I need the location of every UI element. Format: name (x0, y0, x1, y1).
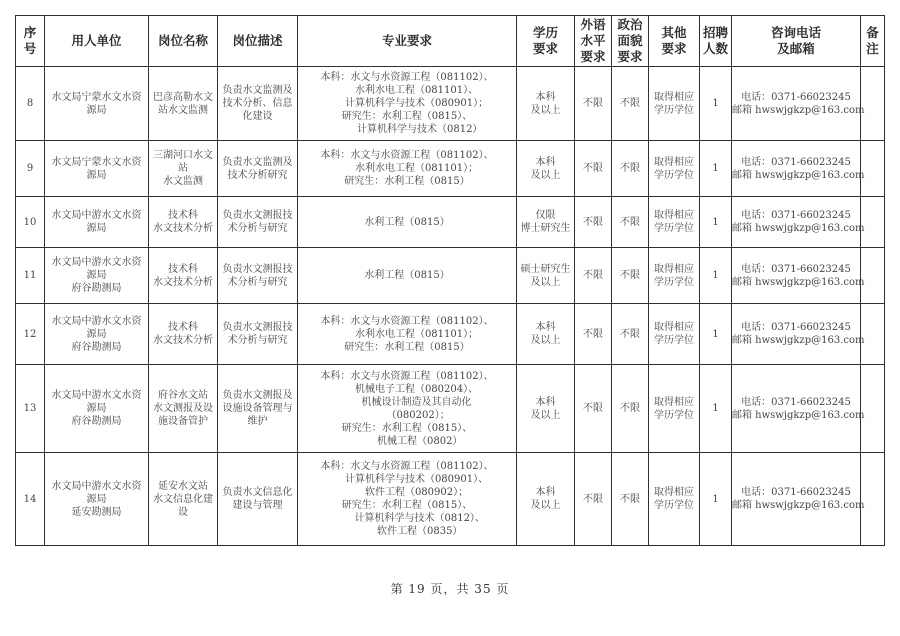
cell-post-name: 巴彦高勒水文 站水文监测 (149, 67, 218, 141)
cell-headcount: 1 (700, 248, 732, 304)
cell-unit: 水文局中游水文水资 源局 府谷勘测局 (45, 304, 149, 365)
header-major: 专业要求 (298, 16, 517, 67)
cell-post-name: 三湖河口水文 站 水文监测 (149, 141, 218, 197)
cell-unit: 水文局中游水文水资 源局 府谷勘测局 (45, 365, 149, 453)
cell-foreign-lang: 不限 (575, 248, 612, 304)
header-foreign-lang: 外语 水平 要求 (575, 16, 612, 67)
header-unit: 用人单位 (45, 16, 149, 67)
cell-education: 本科 及以上 (517, 365, 575, 453)
cell-post-desc: 负责水文信息化 建设与管理 (218, 453, 298, 546)
cell-contact: 电话：0371-66023245 邮箱 hwswjgkzp@163.com (732, 365, 861, 453)
cell-post-name: 技术科 水文技术分析 (149, 304, 218, 365)
header-education: 学历 要求 (517, 16, 575, 67)
page-number: 第 19 页，共 35 页 (0, 580, 900, 597)
cell-remark (861, 197, 885, 248)
cell-political: 不限 (612, 141, 649, 197)
cell-unit: 水文局中游水文水资 源局 府谷勘测局 (45, 248, 149, 304)
header-political: 政治 面貌 要求 (612, 16, 649, 67)
cell-foreign-lang: 不限 (575, 304, 612, 365)
cell-foreign-lang: 不限 (575, 453, 612, 546)
cell-foreign-lang: 不限 (575, 197, 612, 248)
cell-post-desc: 负责水文测报技 术分析与研究 (218, 304, 298, 365)
cell-education: 仅限 博士研究生 (517, 197, 575, 248)
cell-index: 10 (16, 197, 45, 248)
cell-contact: 电话：0371-66023245 邮箱 hwswjgkzp@163.com (732, 304, 861, 365)
cell-post-desc: 负责水文测报技 术分析与研究 (218, 248, 298, 304)
table-row: 10 水文局中游水文水资 源局 技术科 水文技术分析 负责水文测报技 术分析与研… (16, 197, 885, 248)
cell-headcount: 1 (700, 365, 732, 453)
table-row: 13 水文局中游水文水资 源局 府谷勘测局 府谷水文站 水文测报及设 施设备管护… (16, 365, 885, 453)
header-contact: 咨询电话 及邮箱 (732, 16, 861, 67)
cell-political: 不限 (612, 248, 649, 304)
cell-post-name: 延安水文站 水文信息化建 设 (149, 453, 218, 546)
cell-other: 取得相应 学历学位 (649, 453, 700, 546)
table-row: 12 水文局中游水文水资 源局 府谷勘测局 技术科 水文技术分析 负责水文测报技… (16, 304, 885, 365)
table-row: 8 水文局宁蒙水文水资 源局 巴彦高勒水文 站水文监测 负责水文监测及 技术分析… (16, 67, 885, 141)
cell-major: 本科：水文与水资源工程（081102）、 计算机科学与技术（080901）、 软… (298, 453, 517, 546)
cell-major: 水利工程（0815） (298, 197, 517, 248)
cell-other: 取得相应 学历学位 (649, 248, 700, 304)
cell-headcount: 1 (700, 141, 732, 197)
cell-major: 本科：水文与水资源工程（081102）、 机械电子工程（080204）、 机械设… (298, 365, 517, 453)
cell-index: 13 (16, 365, 45, 453)
cell-unit: 水文局宁蒙水文水资 源局 (45, 67, 149, 141)
cell-major: 本科：水文与水资源工程（081102）、 水利水电工程（081101）； 研究生… (298, 304, 517, 365)
cell-remark (861, 304, 885, 365)
cell-contact: 电话：0371-66023245 邮箱 hwswjgkzp@163.com (732, 453, 861, 546)
cell-index: 8 (16, 67, 45, 141)
cell-remark (861, 365, 885, 453)
cell-post-desc: 负责水文测报技 术分析与研究 (218, 197, 298, 248)
cell-unit: 水文局中游水文水资 源局 延安勘测局 (45, 453, 149, 546)
cell-foreign-lang: 不限 (575, 67, 612, 141)
cell-remark (861, 67, 885, 141)
cell-remark (861, 453, 885, 546)
cell-political: 不限 (612, 304, 649, 365)
cell-remark (861, 248, 885, 304)
cell-unit: 水文局宁蒙水文水资 源局 (45, 141, 149, 197)
cell-remark (861, 141, 885, 197)
cell-index: 11 (16, 248, 45, 304)
header-headcount: 招聘 人数 (700, 16, 732, 67)
cell-other: 取得相应 学历学位 (649, 304, 700, 365)
header-post-name: 岗位名称 (149, 16, 218, 67)
table-row: 11 水文局中游水文水资 源局 府谷勘测局 技术科 水文技术分析 负责水文测报技… (16, 248, 885, 304)
table-row: 9 水文局宁蒙水文水资 源局 三湖河口水文 站 水文监测 负责水文监测及 技术分… (16, 141, 885, 197)
cell-major: 本科：水文与水资源工程（081102）、 水利水电工程（081101）、 计算机… (298, 67, 517, 141)
cell-political: 不限 (612, 365, 649, 453)
cell-political: 不限 (612, 453, 649, 546)
cell-contact: 电话：0371-66023245 邮箱 hwswjgkzp@163.com (732, 67, 861, 141)
cell-education: 硕士研究生 及以上 (517, 248, 575, 304)
cell-index: 9 (16, 141, 45, 197)
cell-post-desc: 负责水文监测及 技术分析研究 (218, 141, 298, 197)
cell-education: 本科 及以上 (517, 453, 575, 546)
cell-other: 取得相应 学历学位 (649, 197, 700, 248)
cell-political: 不限 (612, 197, 649, 248)
cell-headcount: 1 (700, 453, 732, 546)
cell-post-desc: 负责水文监测及 技术分析、信息 化建设 (218, 67, 298, 141)
header-other: 其他 要求 (649, 16, 700, 67)
cell-other: 取得相应 学历学位 (649, 365, 700, 453)
cell-unit: 水文局中游水文水资 源局 (45, 197, 149, 248)
cell-index: 12 (16, 304, 45, 365)
cell-major: 水利工程（0815） (298, 248, 517, 304)
cell-contact: 电话：0371-66023245 邮箱 hwswjgkzp@163.com (732, 248, 861, 304)
cell-education: 本科 及以上 (517, 67, 575, 141)
cell-post-desc: 负责水文测报及 设施设备管理与 维护 (218, 365, 298, 453)
cell-major: 本科：水文与水资源工程（081102）、 水利水电工程（081101）； 研究生… (298, 141, 517, 197)
cell-contact: 电话：0371-66023245 邮箱 hwswjgkzp@163.com (732, 197, 861, 248)
cell-headcount: 1 (700, 304, 732, 365)
cell-headcount: 1 (700, 67, 732, 141)
header-index: 序 号 (16, 16, 45, 67)
cell-post-name: 府谷水文站 水文测报及设 施设备管护 (149, 365, 218, 453)
cell-foreign-lang: 不限 (575, 365, 612, 453)
cell-headcount: 1 (700, 197, 732, 248)
cell-contact: 电话：0371-66023245 邮箱 hwswjgkzp@163.com (732, 141, 861, 197)
header-post-desc: 岗位描述 (218, 16, 298, 67)
table-header-row: 序 号 用人单位 岗位名称 岗位描述 专业要求 学历 要求 外语 水平 要求 政… (16, 16, 885, 67)
cell-post-name: 技术科 水文技术分析 (149, 248, 218, 304)
cell-education: 本科 及以上 (517, 304, 575, 365)
cell-foreign-lang: 不限 (575, 141, 612, 197)
recruitment-table: 序 号 用人单位 岗位名称 岗位描述 专业要求 学历 要求 外语 水平 要求 政… (15, 15, 885, 546)
cell-other: 取得相应 学历学位 (649, 141, 700, 197)
header-remark: 备 注 (861, 16, 885, 67)
cell-political: 不限 (612, 67, 649, 141)
table-row: 14 水文局中游水文水资 源局 延安勘测局 延安水文站 水文信息化建 设 负责水… (16, 453, 885, 546)
cell-education: 本科 及以上 (517, 141, 575, 197)
cell-post-name: 技术科 水文技术分析 (149, 197, 218, 248)
cell-other: 取得相应 学历学位 (649, 67, 700, 141)
cell-index: 14 (16, 453, 45, 546)
